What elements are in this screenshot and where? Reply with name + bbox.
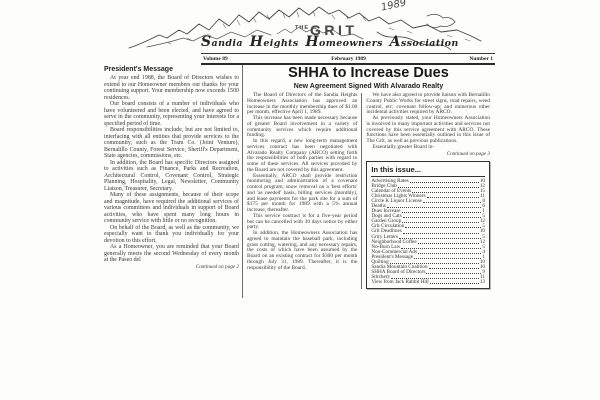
toc-dot-leader: [410, 182, 479, 183]
toc-dot-leader: [405, 227, 481, 228]
issue-number: Number 1: [469, 56, 493, 62]
in-this-issue-heading: In this issue...: [371, 165, 485, 177]
body-paragraph: Our board consists of a number of indivi…: [104, 101, 239, 127]
article-column-1: The Board of Directors of the Sandia Hei…: [247, 93, 362, 289]
issue-info-bar: Volume 89 February 1989 Number 1: [201, 53, 495, 65]
article-columns: The Board of Directors of the Sandia Hei…: [247, 93, 490, 289]
body-paragraph: We have also agreed to provide liaison w…: [366, 93, 490, 116]
continued-notice-page3: Continued on page 3: [366, 151, 490, 157]
toc-dot-leader: [418, 253, 481, 254]
body-paragraph: Essentially, ARCO shall provide restrict…: [247, 174, 357, 214]
toc-item: View from Jack Rabbit Hill 13: [371, 280, 485, 285]
body-paragraph: Many of these assignments, because of th…: [104, 192, 239, 225]
newsletter-sheet: 1989 THEGRIT Sandia Heights Homeowners A…: [100, 0, 493, 400]
toc-dot-leader: [427, 197, 479, 198]
association-name: Sandia Heights Homeowners Association: [201, 38, 459, 49]
article-headline: SHHA to Increase Dues: [247, 66, 490, 81]
toc-dot-leader: [429, 268, 479, 269]
toc-item-page: 13: [480, 280, 485, 285]
toc-dot-leader: [418, 243, 479, 244]
presidents-message-heading: President's Message: [104, 66, 239, 73]
presidents-message-column: President's Message At year end 1988, th…: [102, 65, 243, 298]
volume-label: Volume 89: [203, 56, 228, 62]
newsletter-scan-page: 1989 THEGRIT Sandia Heights Homeowners A…: [0, 0, 600, 400]
body-paragraph: The Board of Directors of the Sandia Hei…: [247, 93, 357, 116]
body-paragraph: In this regard, a new long-term manageme…: [247, 139, 357, 174]
body-paragraph: At year end 1988, the Board of Directors…: [104, 75, 239, 101]
toc-item-label: View from Jack Rabbit Hill: [371, 280, 428, 285]
body-paragraph: On behalf of the Board, as well as the c…: [104, 225, 239, 245]
body-paragraph: In addition, the Board has specific Dire…: [104, 160, 239, 193]
toc-dot-leader: [423, 202, 481, 203]
body-paragraph: This service contract is for a five-year…: [247, 214, 357, 231]
body-paragraph: As a Homeowner, you are reminded that yo…: [104, 244, 239, 264]
toc-dot-leader: [430, 283, 479, 284]
toc-dot-leader: [402, 222, 479, 223]
toc-dot-leader: [426, 273, 481, 274]
presidents-message-body: At year end 1988, the Board of Directors…: [104, 75, 239, 264]
body-paragraph: This increase has been made necessary be…: [247, 116, 357, 139]
body-paragraph: Board responsibilities include, but are …: [104, 127, 239, 160]
in-this-issue-list: Advertising Rates 10 Bridge Club 12: [371, 179, 485, 285]
issue-date: February 1989: [331, 56, 366, 62]
toc-dot-leader: [414, 258, 481, 259]
in-this-issue-box: In this issue... Advertising Rates 10: [366, 161, 490, 289]
article-column-1-body: The Board of Directors of the Sandia Hei…: [247, 93, 357, 271]
toc-dot-leader: [403, 233, 479, 234]
body-paragraph: Essentially greater Board in-: [366, 145, 490, 151]
toc-dot-leader: [403, 217, 482, 218]
newsletter-title-the: THE: [295, 25, 309, 31]
article-subhead: New Agreement Signed With Alvarado Realt…: [247, 83, 490, 90]
body-paragraph: As previously stated, your Homeowners As…: [366, 116, 490, 145]
article-column-2-body: We have also agreed to provide liaison w…: [366, 93, 490, 151]
toc-dot-leader: [402, 212, 482, 213]
content-columns: President's Message At year end 1988, th…: [102, 65, 491, 298]
article-column-2: We have also agreed to provide liaison w…: [362, 93, 490, 289]
masthead: 1989 THEGRIT Sandia Heights Homeowners A…: [100, 0, 493, 64]
continued-notice-page2: Continued on page 2: [104, 264, 239, 270]
body-paragraph: In addition, the Homeowners Association …: [247, 231, 357, 271]
dues-article: SHHA to Increase Dues New Agreement Sign…: [243, 65, 491, 298]
